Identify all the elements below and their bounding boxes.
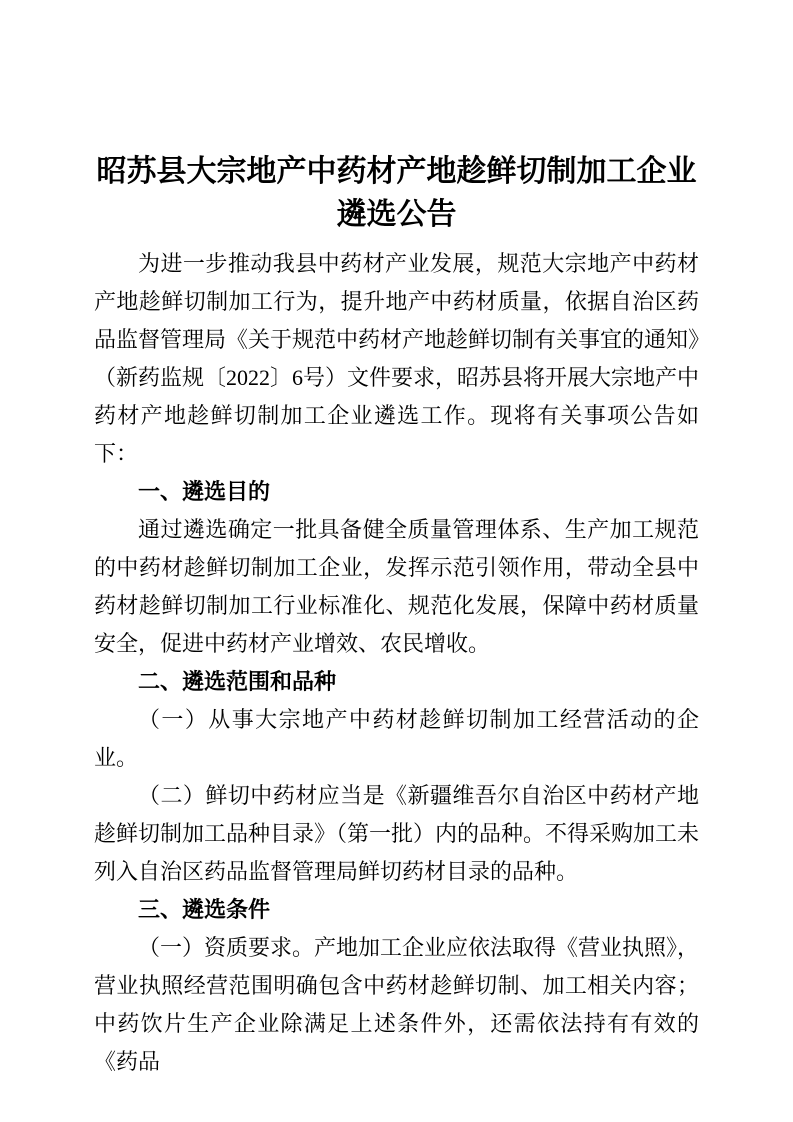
section-2-paragraph-2: （二）鲜切中药材应当是《新疆维吾尔自治区中药材产地趁鲜切制加工品种目录》（第一批…: [94, 777, 699, 891]
document-page: 昭苏县大宗地产中药材产地趁鲜切制加工企业 遴选公告 为进一步推动我县中药材产业发…: [0, 0, 793, 1122]
intro-paragraph: 为进一步推动我县中药材产业发展，规范大宗地产中药材产地趁鲜切制加工行为，提升地产…: [94, 245, 699, 473]
section-3-paragraph-1: （一）资质要求。产地加工企业应依法取得《营业执照》，营业执照经营范围明确包含中药…: [94, 929, 699, 1081]
section-2-paragraph-1: （一）从事大宗地产中药材趁鲜切制加工经营活动的企业。: [94, 701, 699, 777]
document-title-line-1: 昭苏县大宗地产中药材产地趁鲜切制加工企业: [94, 150, 699, 193]
section-1-heading: 一、遴选目的: [94, 473, 699, 511]
section-3-heading: 三、遴选条件: [94, 891, 699, 929]
document-title-line-2: 遴选公告: [94, 193, 699, 236]
document-title: 昭苏县大宗地产中药材产地趁鲜切制加工企业 遴选公告: [94, 150, 699, 236]
section-1-paragraph-1: 通过遴选确定一批具备健全质量管理体系、生产加工规范的中药材趁鲜切制加工企业，发挥…: [94, 511, 699, 663]
section-2-heading: 二、遴选范围和品种: [94, 663, 699, 701]
